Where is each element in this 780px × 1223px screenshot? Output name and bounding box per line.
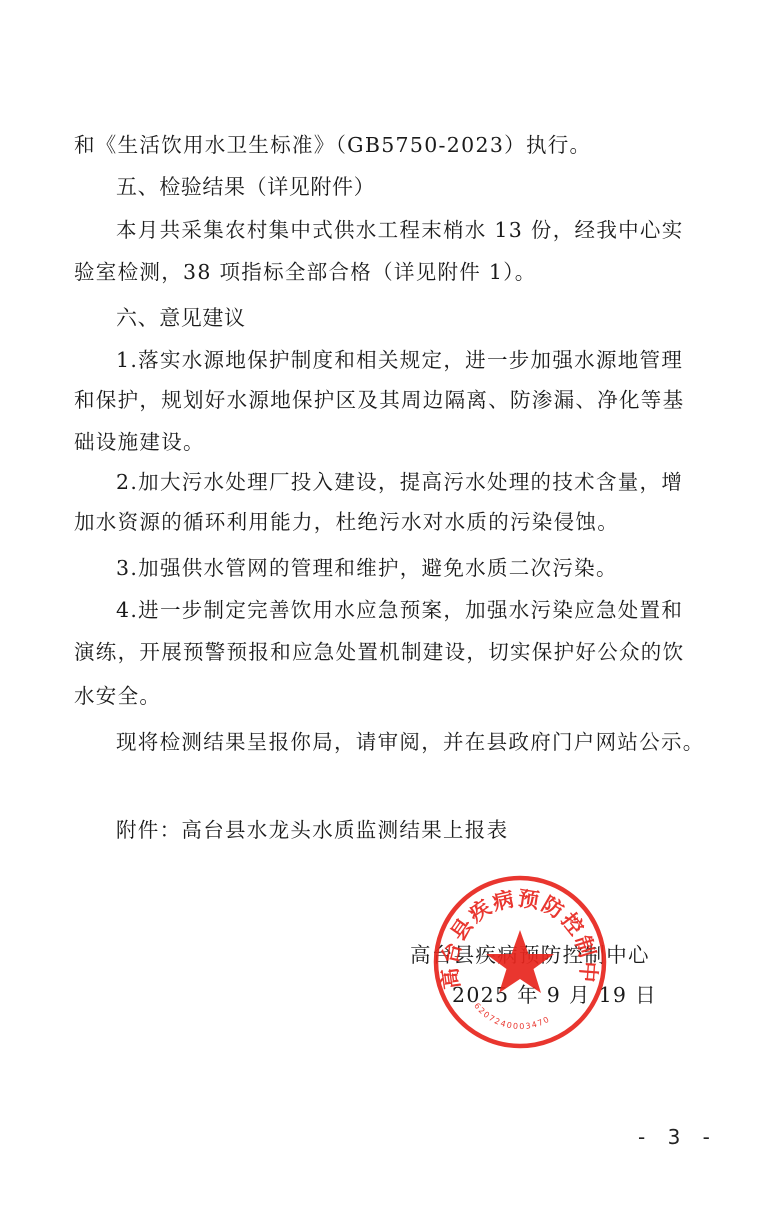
suggestion-2-line: 2.加大污水处理厂投入建设，提高污水处理的技术含量，增 xyxy=(116,468,726,496)
paragraph-line: 本月共采集农村集中式供水工程末梢水 13 份，经我中心实 xyxy=(116,216,726,244)
suggestion-2-line: 加水资源的循环利用能力，杜绝污水对水质的污染侵蚀。 xyxy=(74,508,684,536)
svg-text:高台县疾病预防控制中心: 高台县疾病预防控制中心 xyxy=(430,872,602,991)
suggestion-4-line: 演练，开展预警预报和应急处置机制建设，切实保护好公众的饮 xyxy=(74,638,684,666)
suggestion-1-line: 1.落实水源地保护制度和相关规定，进一步加强水源地管理 xyxy=(116,346,726,374)
section-heading-results: 五、检验结果（详见附件） xyxy=(116,173,726,201)
suggestion-4-line: 4.进一步制定完善饮用水应急预案，加强水污染应急处置和 xyxy=(116,596,726,624)
paragraph-line: 验室检测，38 项指标全部合格（详见附件 1）。 xyxy=(74,258,684,286)
signature-date: 2025 年 9 月 19 日 xyxy=(452,981,657,1009)
signature-organization: 高台县疾病预防控制中心 xyxy=(410,941,650,969)
page-number: - 3 - xyxy=(638,1125,718,1149)
document-page: 和《生活饮用水卫生标准》（GB5750-2023）执行。 五、检验结果（详见附件… xyxy=(0,0,780,1223)
suggestion-4-line: 水安全。 xyxy=(74,682,684,710)
closing-statement: 现将检测结果呈报你局，请审阅，并在县政府门户网站公示。 xyxy=(116,728,726,756)
section-heading-suggestions: 六、意见建议 xyxy=(116,304,726,332)
suggestion-1-line: 础设施建设。 xyxy=(74,428,684,456)
suggestion-3-line: 3.加强供水管网的管理和维护，避免水质二次污染。 xyxy=(116,554,726,582)
attachment-note: 附件：高台县水龙头水质监测结果上报表 xyxy=(116,816,726,844)
paragraph-line: 和《生活饮用水卫生标准》（GB5750-2023）执行。 xyxy=(74,131,684,159)
suggestion-1-line: 和保护，规划好水源地保护区及其周边隔离、防渗漏、净化等基 xyxy=(74,386,684,414)
